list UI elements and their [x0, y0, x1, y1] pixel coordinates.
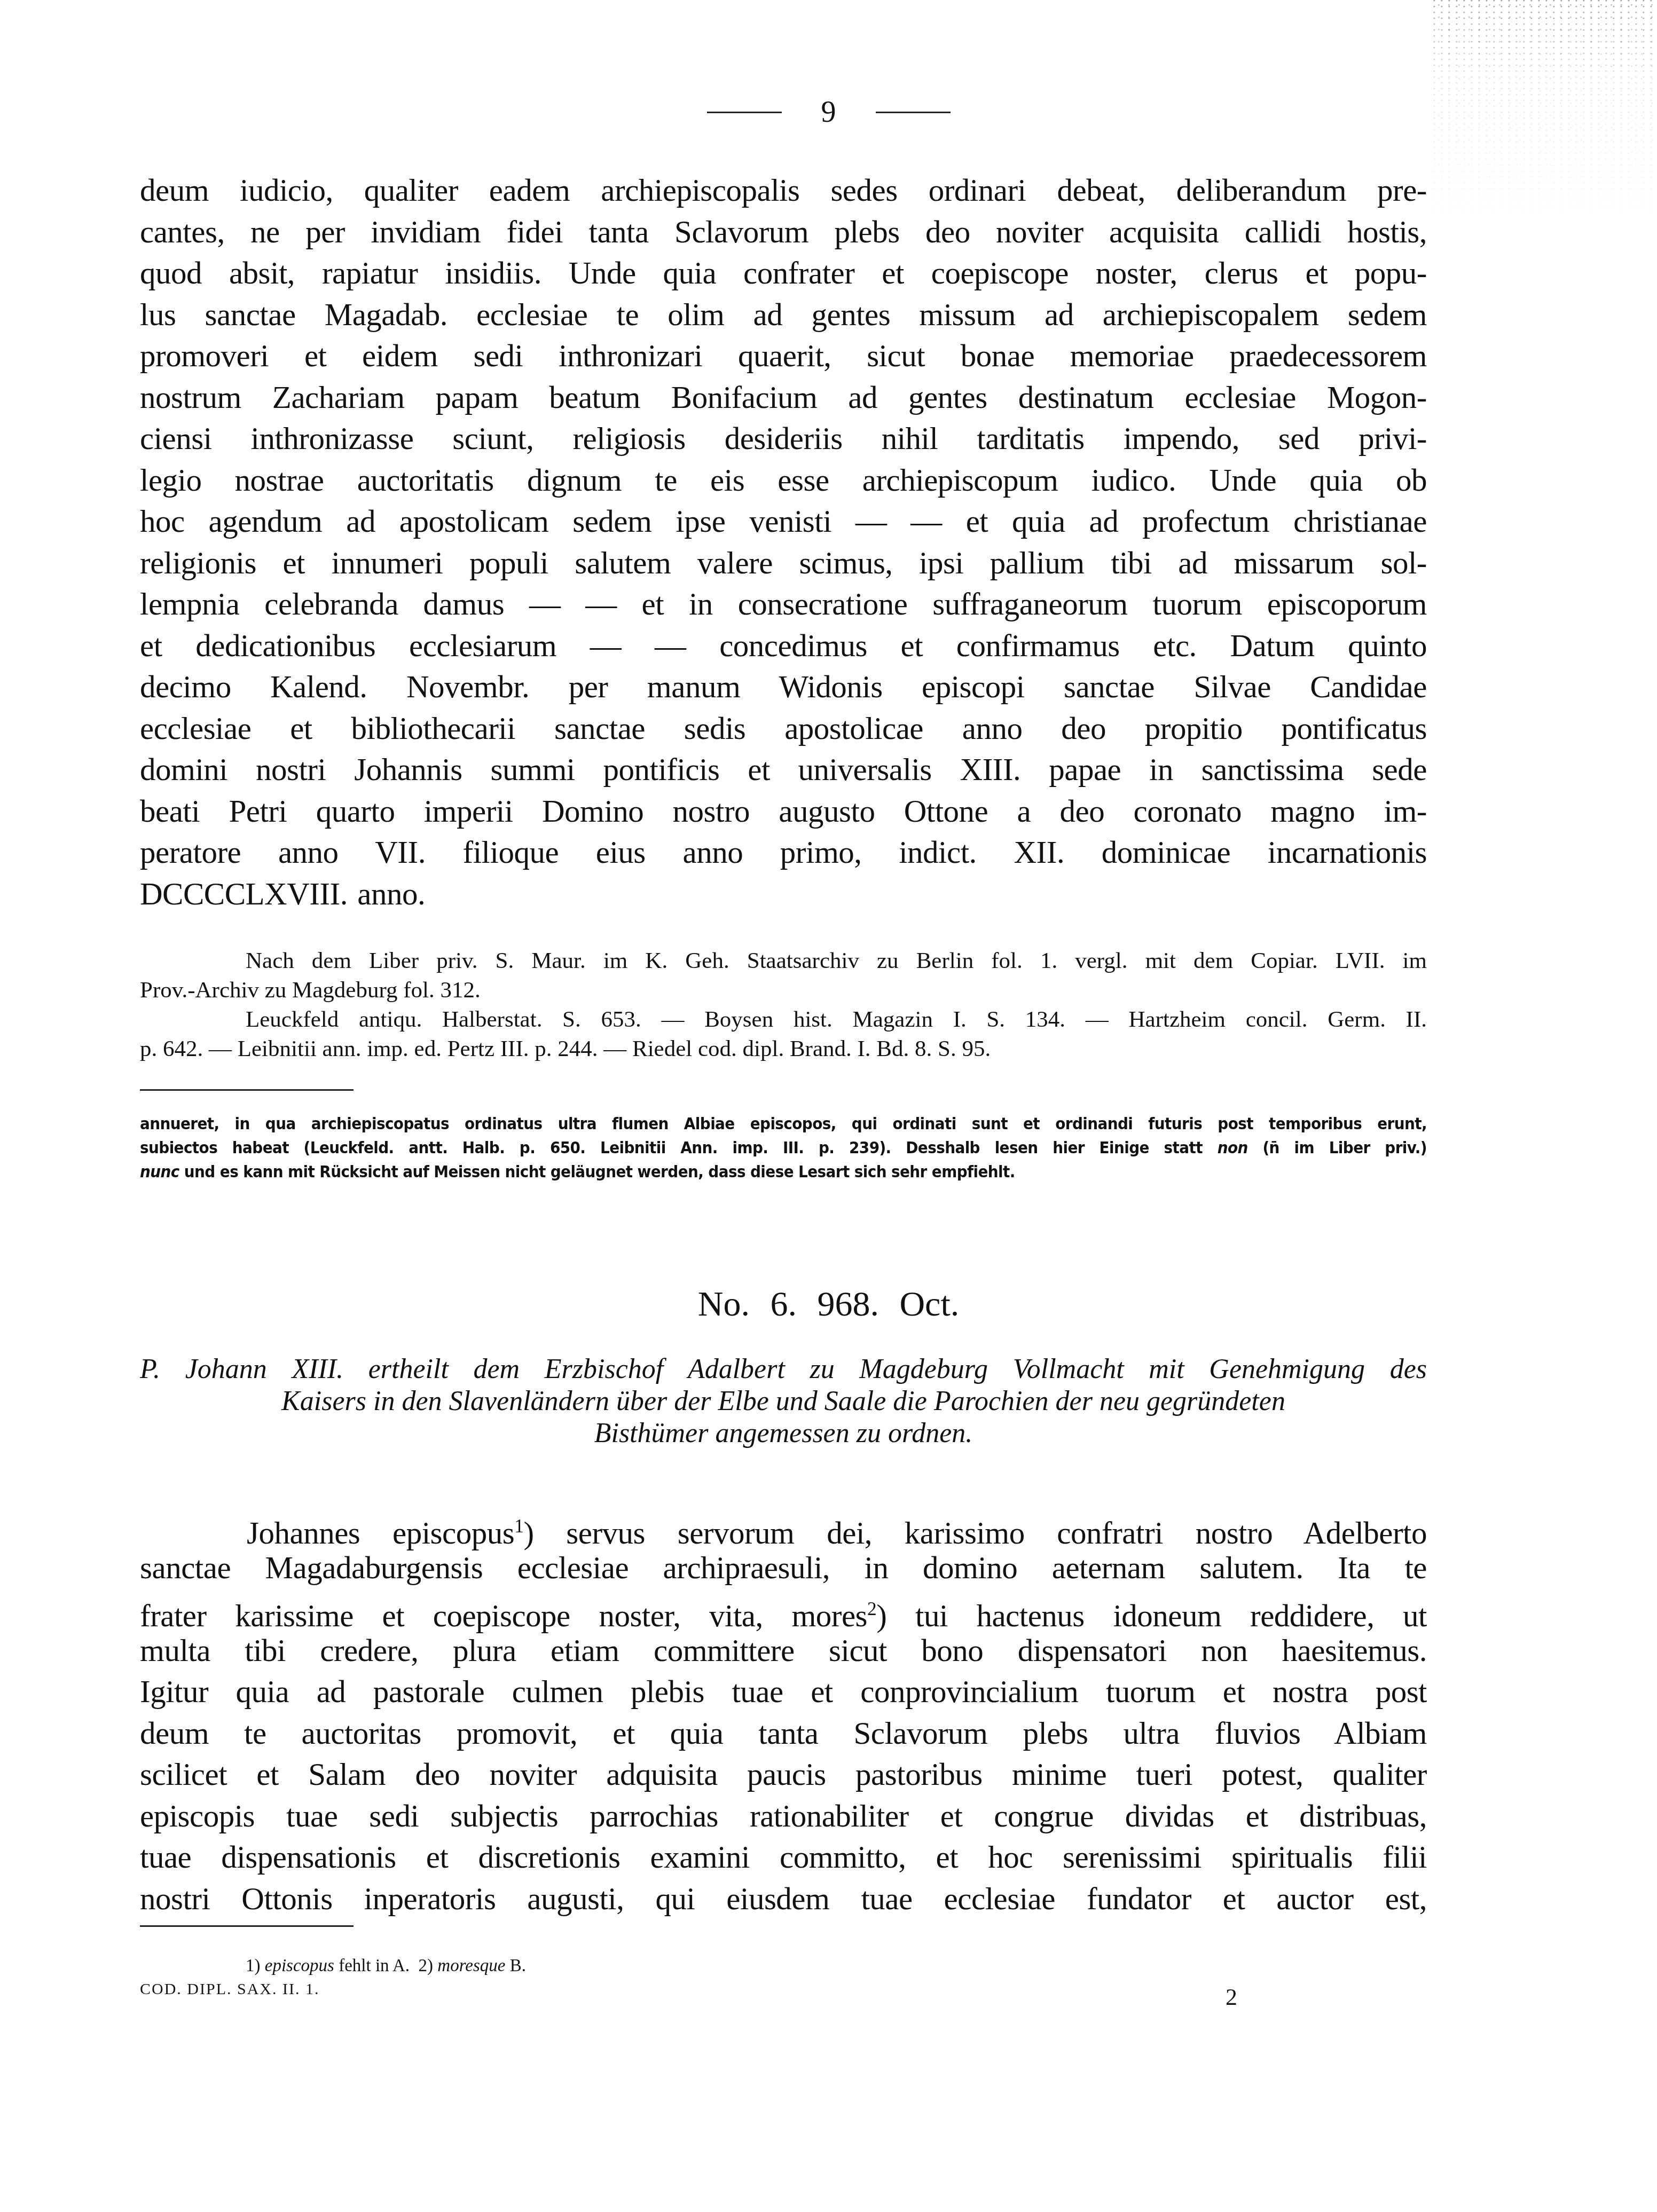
footnote-rule [140, 1089, 354, 1091]
footnote-line: annueret, in qua archiepiscopatus ordina… [140, 1112, 1427, 1136]
text-line: hoc agendum ad apostolicam sedem ipse ve… [140, 501, 1427, 542]
sheet-number: 2 [1226, 1983, 1237, 2011]
page-number: 9 [821, 95, 836, 129]
text-line: tuae dispensationis et discretionis exam… [140, 1837, 1427, 1878]
footnote-italic: non [1218, 1138, 1248, 1158]
continued-charter-text: deum iudicio, qualiter eadem archiepisco… [140, 170, 1427, 915]
footnote-text: B. [505, 1956, 526, 1975]
carried-footnote: annueret, in qua archiepiscopatus ordina… [140, 1112, 1427, 1184]
text-line: Johannes episcopus1) servus servorum dei… [140, 1506, 1427, 1547]
text-line: frater karissime et coepiscope noster, v… [140, 1588, 1427, 1630]
text-line: beati Petri quarto imperii Domino nostro… [140, 791, 1427, 832]
text-line: et dedicationibus ecclesiarum — — conced… [140, 625, 1427, 667]
footnote-italic: episcopus [265, 1956, 334, 1975]
source-line: Prov.-Archiv zu Magdeburg fol. 312. [140, 975, 1427, 1005]
text-line: cantes, ne per invidiam fidei tanta Scla… [140, 211, 1427, 253]
footnote-line: 1) episcopus fehlt in A. 2) moresque B. [140, 1954, 1427, 1978]
text-line: promoveri et eidem sedi inthronizari qua… [140, 335, 1427, 377]
text-span: Johannes episcopus [247, 1515, 514, 1550]
source-notes: Nach dem Liber priv. S. Maur. im K. Geh.… [140, 946, 1427, 1064]
header-rule-left [707, 112, 782, 113]
source-line: Leuckfeld antiqu. Halberstat. S. 653. — … [140, 1005, 1427, 1034]
charter-text: Johannes episcopus1) servus servorum dei… [140, 1506, 1427, 1919]
footnote-italic: moresque [437, 1956, 505, 1975]
text-line: quod absit, rapiatur insidiis. Unde quia… [140, 253, 1427, 294]
regest-line: Kaisers in den Slavenländern über der El… [140, 1386, 1427, 1418]
text-line: episcopis tuae sedi subjectis parrochias… [140, 1796, 1427, 1837]
text-line: domini nostri Johannis summi pontificis … [140, 749, 1427, 791]
text-span: ) servus servorum dei, karissimo confrat… [523, 1515, 1427, 1550]
text-line: nostrum Zachariam papam beatum Bonifaciu… [140, 377, 1427, 419]
text-line: religionis et innumeri populi salutem va… [140, 542, 1427, 584]
text-line: deum te auctoritas promovit, et quia tan… [140, 1713, 1427, 1754]
footnote-rule [140, 1925, 354, 1927]
source-line: Nach dem Liber priv. S. Maur. im K. Geh.… [140, 946, 1427, 975]
document-title: No. 6. 968. Oct. [0, 1284, 1657, 1325]
footnote-line: nunc und es kann mit Rücksicht auf Meiss… [140, 1160, 1427, 1184]
text-line: DCCCCLXVIII. anno. [140, 873, 1427, 915]
regest-line: P. Johann XIII. ertheilt dem Erzbischof … [140, 1353, 1427, 1386]
scanned-page: 9 deum iudicio, qualiter eadem archiepis… [0, 0, 1657, 2212]
text-line: sanctae Magadaburgensis ecclesiae archip… [140, 1547, 1427, 1589]
text-line: legio nostrae auctoritatis dignum te eis… [140, 460, 1427, 501]
text-line: lempnia celebranda damus — — et in conse… [140, 584, 1427, 625]
text-line: lus sanctae Magadab. ecclesiae te olim a… [140, 294, 1427, 336]
footnote-ref: 2 [867, 1598, 876, 1619]
footnote-text: subiectos habeat (Leuckfeld. antt. Halb.… [140, 1138, 1218, 1158]
text-span: ) tui hactenus idoneum reddidere, ut [876, 1598, 1427, 1633]
source-line: p. 642. — Leibnitii ann. imp. ed. Pertz … [140, 1034, 1427, 1064]
regest-line: Bisthümer angemessen zu ordnen. [140, 1418, 1427, 1450]
text-line: ecclesiae et bibliothecarii sanctae sedi… [140, 708, 1427, 750]
text-line: deum iudicio, qualiter eadem archiepisco… [140, 170, 1427, 211]
document-regest: P. Johann XIII. ertheilt dem Erzbischof … [140, 1353, 1427, 1450]
text-line: decimo Kalend. Novembr. per manum Widoni… [140, 666, 1427, 708]
footnote-text: (n̄ im Liber priv.) [1248, 1138, 1427, 1158]
footnote-line: subiectos habeat (Leuckfeld. antt. Halb.… [140, 1136, 1427, 1160]
text-span: frater karissime et coepiscope noster, v… [140, 1598, 867, 1633]
footnote-italic: nunc [140, 1162, 179, 1182]
header-rule-right [876, 112, 951, 113]
page-header: 9 [0, 95, 1657, 129]
text-line: Igitur quia ad pastorale culmen plebis t… [140, 1671, 1427, 1713]
text-line: nostri Ottonis inperatoris augusti, qui … [140, 1878, 1427, 1920]
footnote-number: 1) [246, 1956, 261, 1975]
footnote-text: fehlt in A. [334, 1956, 410, 1975]
text-line: scilicet et Salam deo noviter adquisita … [140, 1754, 1427, 1796]
footnote-number: 2) [419, 1956, 434, 1975]
text-line: multa tibi credere, plura etiam committe… [140, 1630, 1427, 1672]
footnote-ref: 1 [514, 1515, 523, 1537]
text-line: peratore anno VII. filioque eius anno pr… [140, 832, 1427, 873]
text-line: ciensi inthronizasse sciunt, religiosis … [140, 418, 1427, 460]
footnote-text: und es kann mit Rücksicht auf Meissen ni… [179, 1162, 1015, 1182]
